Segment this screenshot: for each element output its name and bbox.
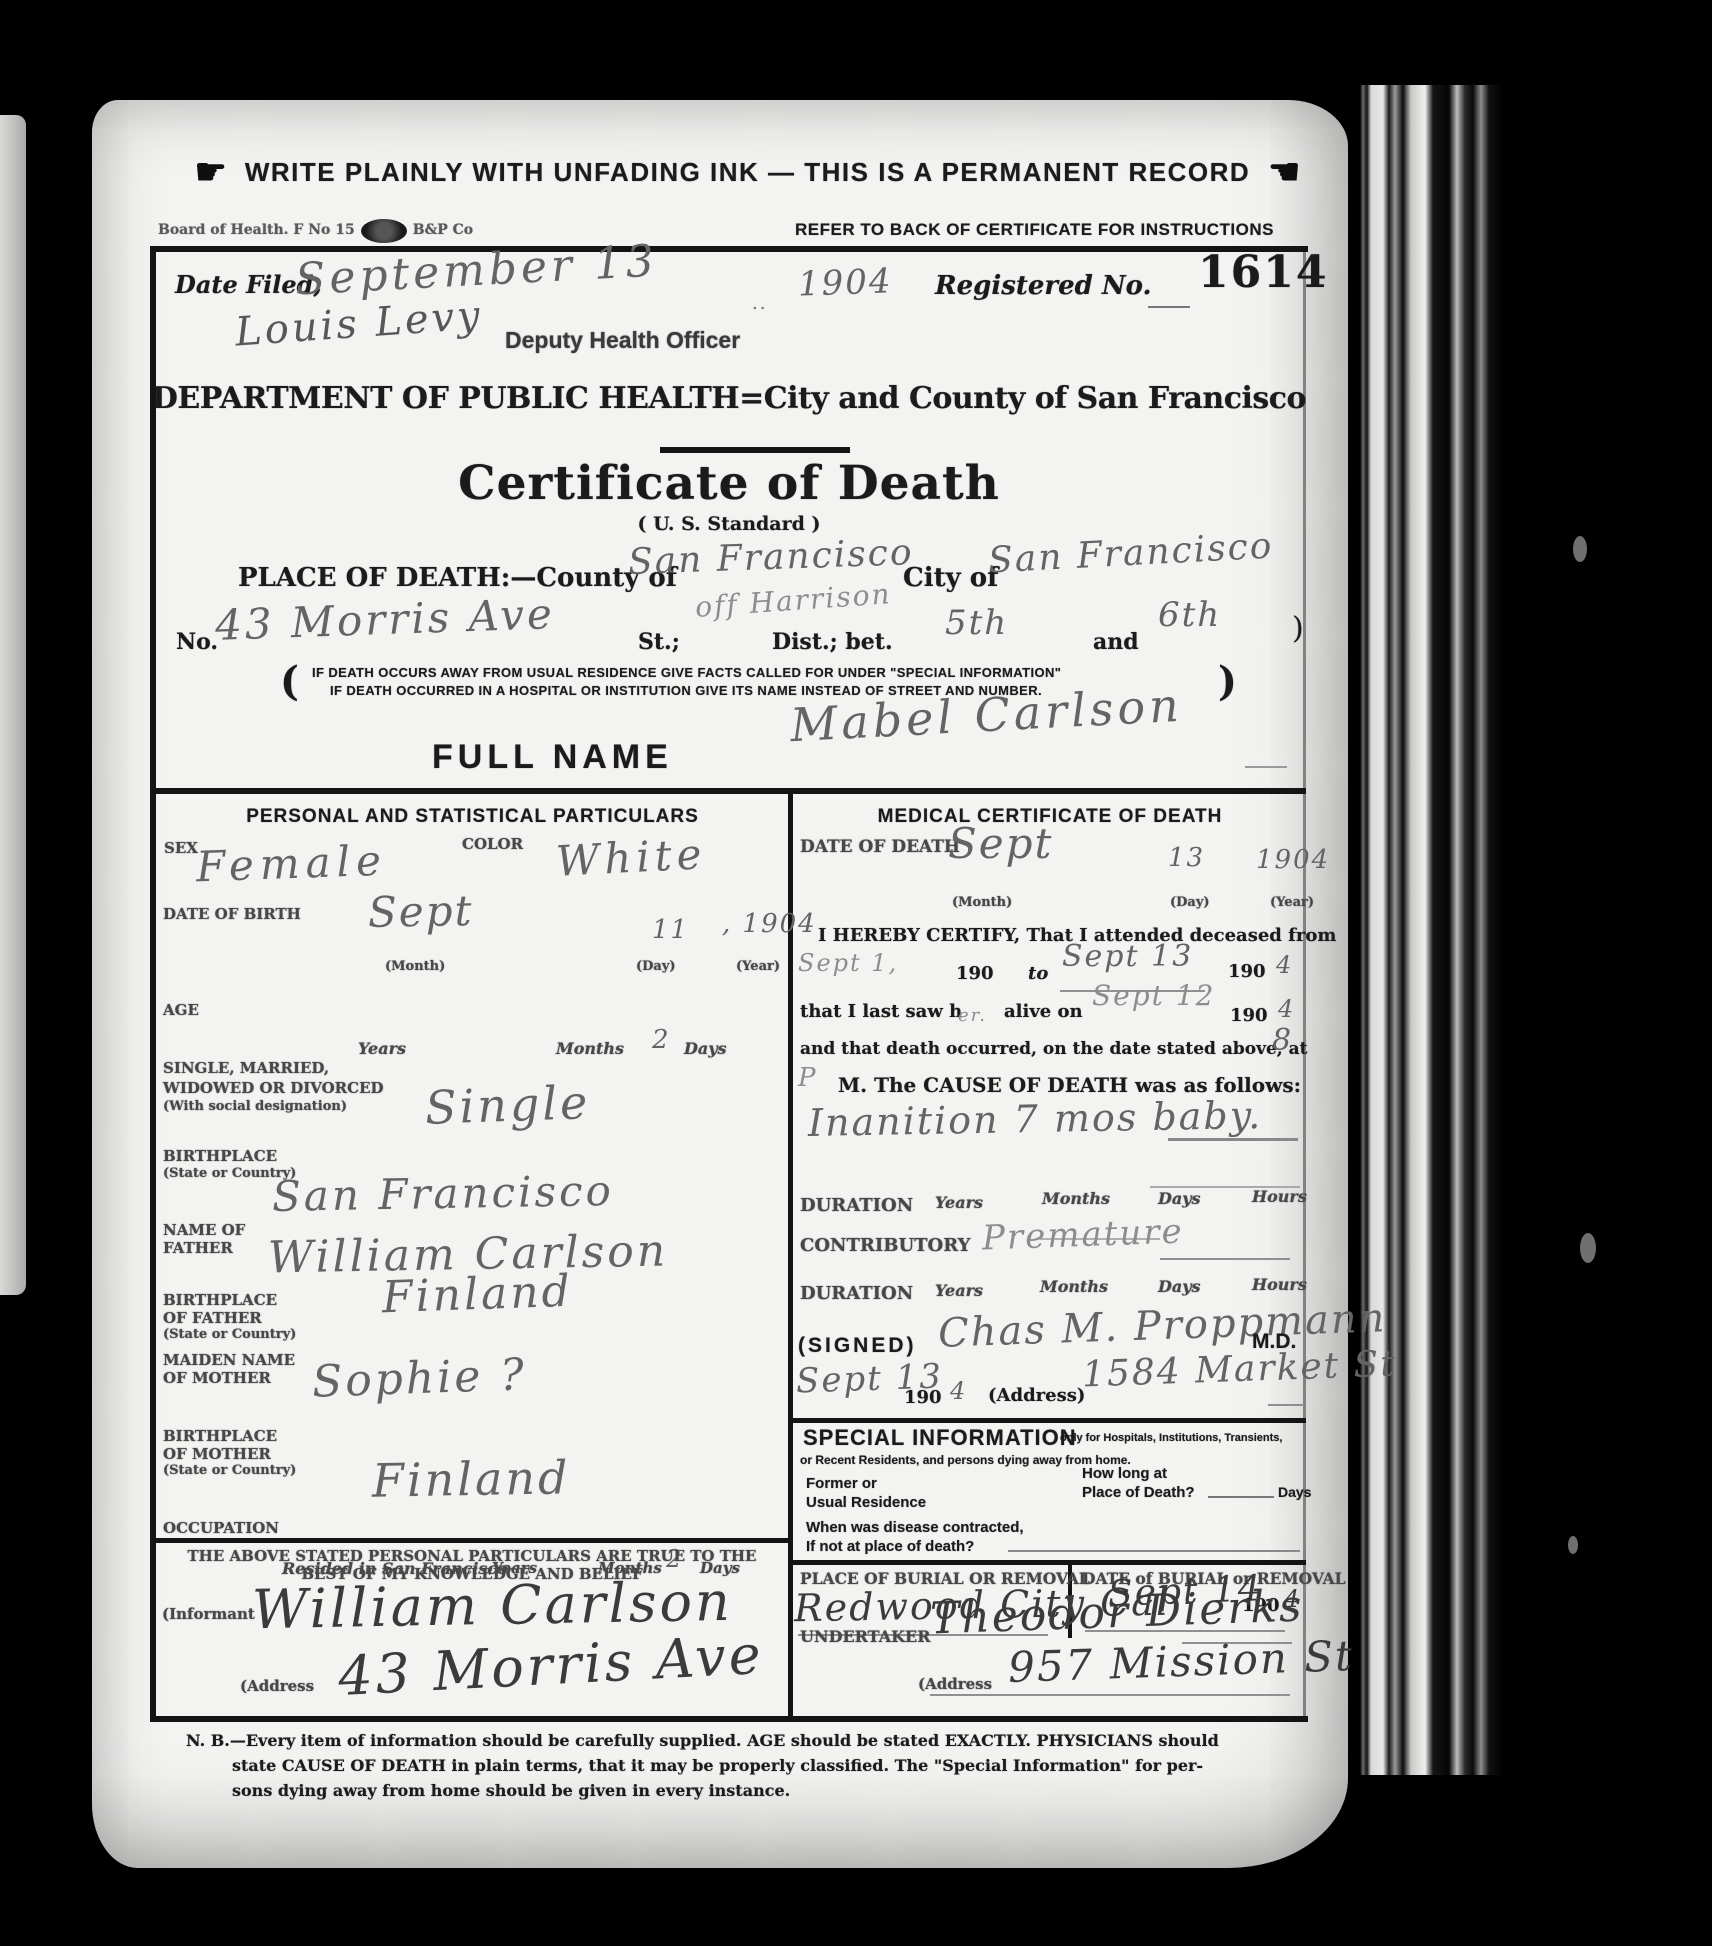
department-title: DEPARTMENT OF PUBLIC HEALTH=City and Cou… [150, 382, 1308, 416]
residence-note-line1: IF DEATH OCCURS AWAY FROM USUAL RESIDENC… [312, 666, 1061, 681]
date-of-death-label: DATE OF DEATH [800, 838, 960, 857]
printer-stamp-icon [361, 219, 407, 243]
note-paren-open: ( [280, 660, 299, 705]
duration-2-label: DURATION [800, 1284, 913, 1304]
attestation-rule [155, 1538, 788, 1543]
marital-label-3: (With social designation) [163, 1100, 347, 1115]
form-reference-text: Board of Health. F No 15 [158, 223, 355, 239]
nb-note-line-3: sons dying away from home should be give… [232, 1782, 790, 1800]
box-border-bottom [150, 1716, 1308, 1722]
date-of-death-day: 13 [1168, 844, 1205, 873]
father-birthplace-label-1: BIRTHPLACE [163, 1292, 277, 1309]
special-info-note-1: only for Hospitals, Institutions, Transi… [1060, 1432, 1282, 1444]
attended-from-year: 190 [956, 964, 994, 984]
former-residence-label-1: Former or [806, 1476, 877, 1493]
color-value: White [555, 830, 708, 885]
mother-name-value: Sophie ? [311, 1350, 527, 1407]
pointing-hand-right-icon: ☛ [195, 152, 227, 192]
banner: ☛ WRITE PLAINLY WITH UNFADING INK — THIS… [150, 152, 1345, 192]
mother-birthplace-label-1: BIRTHPLACE [163, 1428, 277, 1445]
dust-speck [1580, 1233, 1596, 1263]
st-label: St.; [638, 630, 680, 655]
undertaker-address-label: (Address [918, 1676, 992, 1693]
duration-1-label: DURATION [800, 1196, 913, 1216]
disease-contracted-label-1: When was disease contracted, [806, 1520, 1024, 1537]
sex-value: Female [195, 837, 387, 891]
disease-contracted-label-2: If not at place of death? [806, 1539, 974, 1556]
last-saw-year-hw: 4 [1278, 996, 1295, 1023]
age-days-value: 2 [652, 1026, 671, 1055]
signed-year-hw: 4 [950, 1378, 967, 1405]
age-months-label: Months [556, 1040, 624, 1058]
closing-paren: ) [1292, 612, 1304, 646]
duration-2-months: Months [1040, 1278, 1108, 1296]
disease-contracted-blank-line [1008, 1550, 1300, 1552]
signed-year-print: 190 [904, 1388, 942, 1408]
registered-no-blank-line [1148, 306, 1190, 308]
how-long-label-2: Place of Death? [1082, 1485, 1195, 1502]
special-info-label: SPECIAL INFORMATION [803, 1426, 1077, 1451]
certificate-title: Certificate of Death [150, 458, 1308, 511]
mother-birthplace-sublabel: (State or Country) [163, 1464, 296, 1479]
marital-value: Single [424, 1077, 591, 1134]
full-name-blank-line [1245, 766, 1287, 768]
duration-2-years: Years [935, 1282, 983, 1300]
sex-label: SEX [164, 840, 198, 857]
refer-to-back-note: REFER TO BACK OF CERTIFICATE FOR INSTRUC… [795, 220, 1274, 239]
street-no-label: No. [176, 630, 218, 655]
duration-1-years: Years [935, 1194, 983, 1212]
dob-day-value: 11 [652, 916, 689, 945]
meridiem-value: P [798, 1064, 818, 1093]
informant-address-label: (Address [240, 1678, 314, 1695]
left-column-heading: PERSONAL AND STATISTICAL PARTICULARS [160, 806, 785, 827]
dust-speck [1568, 1536, 1578, 1554]
attended-from-value: Sept 1, [798, 950, 898, 977]
father-birthplace-label-2: OF FATHER [163, 1310, 262, 1327]
marital-label-1: SINGLE, MARRIED, [163, 1060, 329, 1077]
duration-1-days: Days [1158, 1190, 1201, 1208]
father-name-label-2: FATHER [163, 1240, 233, 1257]
banner-text: WRITE PLAINLY WITH UNFADING INK — THIS I… [245, 158, 1250, 187]
health-officer-title: Deputy Health Officer [505, 328, 740, 354]
death-occurred-text: and that death occurred, on the date sta… [800, 1040, 1308, 1059]
signed-label: (SIGNED) [798, 1334, 917, 1358]
dob-day-caption: (Day) [636, 960, 676, 975]
photographed-certificate-page: ☛ WRITE PLAINLY WITH UNFADING INK — THIS… [0, 0, 1712, 1946]
note-paren-close: ) [1218, 660, 1237, 705]
attended-to-year-hw: 4 [1276, 952, 1293, 979]
death-hour-value: 8 [1272, 1024, 1293, 1058]
mother-birthplace-label-2: OF MOTHER [163, 1446, 271, 1463]
father-name-label-1: NAME OF [163, 1222, 245, 1239]
age-days-label: Days [684, 1040, 727, 1058]
mother-birthplace-value: Finland [372, 1452, 571, 1507]
special-info-rule [792, 1418, 1306, 1423]
title-divider [660, 447, 850, 453]
how-long-days-label: Days [1278, 1485, 1311, 1501]
physician-address-value: 1584 Market St [1081, 1345, 1397, 1396]
dist-label: Dist.; bet. [772, 630, 893, 655]
mother-name-label-1: MAIDEN NAME [163, 1352, 295, 1369]
father-birthplace-sublabel: (State or Country) [163, 1328, 296, 1343]
last-saw-mid: alive on [1004, 1002, 1083, 1022]
nb-note-line-2: state CAUSE OF DEATH in plain terms, tha… [232, 1757, 1203, 1775]
father-birthplace-value: Finland [381, 1267, 573, 1323]
contributory-blank-line [1160, 1258, 1290, 1260]
date-filed-year: 1904 [797, 262, 893, 303]
age-label: AGE [163, 1002, 199, 1019]
duration-1-hours: Hours [1252, 1188, 1307, 1206]
dob-month-caption: (Month) [385, 960, 445, 975]
registered-number: 1614 [1198, 248, 1328, 297]
book-page-edges [1352, 85, 1552, 1775]
between-street-1: 5th [945, 604, 1008, 642]
attended-to-value: Sept 13 [1062, 940, 1193, 974]
last-saw-year-print: 190 [1230, 1006, 1268, 1026]
dob-year-caption: (Year) [736, 960, 780, 975]
mother-name-label-2: OF MOTHER [163, 1370, 271, 1387]
duration-2-days: Days [1158, 1278, 1201, 1296]
attestation-line-1: THE ABOVE STATED PERSONAL PARTICULARS AR… [158, 1548, 786, 1565]
birthplace-value: San Francisco [272, 1167, 615, 1220]
dod-month-caption: (Month) [952, 896, 1012, 911]
date-of-death-month: Sept [948, 820, 1053, 867]
age-years-label: Years [358, 1040, 406, 1058]
registered-no-label: Registered No. [935, 272, 1152, 301]
informant-label: (Informant [162, 1606, 255, 1623]
adjacent-page-sliver [0, 115, 26, 1295]
marital-label-2: WIDOWED OR DIVORCED [163, 1080, 384, 1097]
former-residence-label-2: Usual Residence [806, 1495, 926, 1512]
full-name-label: FULL NAME [432, 738, 673, 776]
burial-section-rule [792, 1560, 1306, 1565]
duration-2-hours: Hours [1252, 1276, 1307, 1294]
contributory-label: CONTRIBUTORY [800, 1236, 970, 1256]
cause-blank-line-1 [1168, 1138, 1298, 1141]
city-label: City of [903, 564, 998, 593]
attended-to-year-print: 190 [1228, 962, 1266, 982]
last-saw-suffix: er. [958, 1006, 987, 1026]
date-filed-separator: .. [752, 294, 767, 314]
undertaker-address-underline [930, 1694, 1290, 1696]
dob-label: DATE OF BIRTH [163, 906, 301, 923]
columns-top-rule [150, 788, 1306, 794]
place-of-death-label: PLACE OF DEATH:—County of [238, 564, 677, 593]
last-saw-pre: that I last saw h [800, 1002, 962, 1022]
contributory-value: Premature [981, 1212, 1184, 1257]
physician-address-label: (Address) [988, 1386, 1085, 1406]
pointing-hand-left-icon: ☚ [1268, 152, 1300, 192]
date-of-death-year: 1904 [1256, 846, 1330, 875]
how-long-blank-line [1208, 1496, 1274, 1498]
dust-speck [1573, 536, 1587, 562]
physician-address-blank [1268, 1404, 1304, 1406]
between-street-2: 6th [1158, 596, 1221, 634]
last-saw-value: Sept 12 [1092, 980, 1215, 1011]
cause-of-death-value: Inanition 7 mos baby. [808, 1094, 1263, 1144]
how-long-label-1: How long at [1082, 1466, 1167, 1483]
dod-day-caption: (Day) [1170, 896, 1210, 911]
form-reference: Board of Health. F No 15 B&P Co [158, 219, 473, 243]
undertaker-label: UNDERTAKER [800, 1628, 931, 1646]
dob-year-value: , 1904 [722, 910, 817, 939]
printer-name: B&P Co [413, 223, 473, 239]
to-label: to [1028, 964, 1048, 984]
and-label: and [1093, 630, 1139, 655]
occupation-label: OCCUPATION [163, 1520, 279, 1537]
color-label: COLOR [462, 836, 523, 853]
dod-year-caption: (Year) [1270, 896, 1314, 911]
dob-month-value: Sept [368, 887, 474, 936]
nb-note-line-1: N. B.—Every item of information should b… [186, 1732, 1219, 1750]
box-border-top [150, 246, 1308, 252]
duration-1-months: Months [1042, 1190, 1110, 1208]
birthplace-label: BIRTHPLACE [163, 1148, 277, 1165]
